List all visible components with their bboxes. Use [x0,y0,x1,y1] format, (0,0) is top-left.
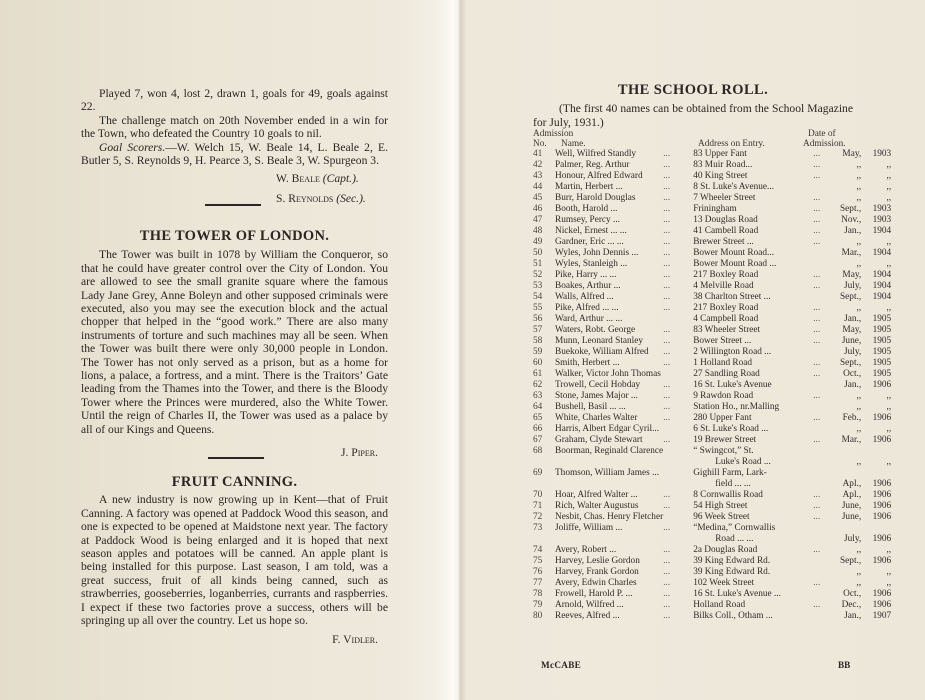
admission-month: ,, [835,545,861,556]
leader-dots: ... [663,160,693,171]
leader-dots: ... [813,501,835,512]
address: 54 High Street [693,501,813,512]
admission-year: 1903 [861,215,891,226]
admission-month: Apl., [835,468,861,490]
fruit-article: FRUIT CANNING. A new industry is now gro… [81,476,388,647]
address: Bower Mount Road... [693,248,813,259]
admission-month: ,, [835,567,861,578]
admission-number: 74 [533,545,555,556]
table-row: 56Ward, Arthur ... ...4 Campbell Road...… [533,314,891,325]
leader-dots [813,523,835,545]
admission-month: Sept., [835,204,861,215]
leader-dots: ... [663,402,693,413]
tower-body: The Tower was built in 1078 by William t… [81,248,388,436]
admission-year: 1905 [861,336,891,347]
address: 217 Boxley Road [693,270,813,281]
leader-dots [813,424,835,435]
leader-dots [663,512,693,523]
pupil-name: Palmer, Reg. Arthur [555,160,663,171]
leader-dots: ... [663,358,693,369]
table-row: 54Walls, Alfred ......38 Charlton Street… [533,292,891,303]
leader-dots: ... [813,325,835,336]
pupil-name: Wyles, Stanleigh ... [555,259,663,270]
leader-dots: ... [663,270,693,281]
address: 39 King Edward Rd. [693,567,813,578]
admission-number: 80 [533,611,555,622]
admission-month: June, [835,501,861,512]
leader-dots: ... [813,391,835,402]
pupil-name: Arnold, Wilfred ... [555,600,663,611]
leader-dots: ... [813,149,835,160]
admission-number: 64 [533,402,555,413]
leader-dots [813,567,835,578]
admission-month: Oct., [835,589,861,600]
admission-year: ,, [861,237,891,248]
address: 83 Upper Fant [693,149,813,160]
football-report: Played 7, won 4, lost 2, drawn 1, goals … [81,87,388,209]
pupil-name: Avery, Robert ... [555,545,663,556]
admission-year: 1904 [861,281,891,292]
leader-dots: ... [663,292,693,303]
admission-year: ,, [861,259,891,270]
pupil-name: Harris, Albert Edgar Cyril... [555,424,663,435]
table-row: 63Stone, James Major ......9 Rawdon Road… [533,391,891,402]
leader-dots [813,402,835,413]
address: 41 Cambell Road [693,226,813,237]
admission-number: 57 [533,325,555,336]
admission-number: 65 [533,413,555,424]
admission-number: 58 [533,336,555,347]
admission-year: 1907 [861,611,891,622]
address: 27 Sandling Road [693,369,813,380]
admission-month: ,, [835,237,861,248]
leader-dots: ... [663,578,693,589]
admission-number: 52 [533,270,555,281]
admission-month: ,, [835,391,861,402]
leader-dots [813,248,835,259]
address: Bower Mount Road ... [693,259,813,270]
table-row: 60Smith, Herbert ......1 Holland Road...… [533,358,891,369]
section-divider [205,204,261,206]
pupil-name: Munn, Leonard Stanley [555,336,663,347]
table-row: 49Gardner, Eric ... ......Brewer Street … [533,237,891,248]
admission-number: 66 [533,424,555,435]
leader-dots: ... [813,490,835,501]
admission-year: 1903 [861,204,891,215]
pupil-name: Burr, Harold Douglas [555,193,663,204]
admission-number: 54 [533,292,555,303]
admission-year: 1906 [861,600,891,611]
leader-dots: ... [663,237,693,248]
admission-number: 75 [533,556,555,567]
admission-month: ,, [835,171,861,182]
tower-title: THE TOWER OF LONDON. [81,230,388,243]
leader-dots: ... [663,490,693,501]
admission-number: 42 [533,160,555,171]
table-row: 71Rich, Walter Augustus...54 High Street… [533,501,891,512]
address: 13 Douglas Road [693,215,813,226]
address: “ Swingcot,” St.Luke's Road ... [693,446,813,468]
header-date-top: Date of [808,129,836,140]
leader-dots: ... [663,193,693,204]
admission-number: 76 [533,567,555,578]
admission-year: 1906 [861,512,891,523]
leader-dots: ... [663,589,693,600]
leader-dots: ... [663,556,693,567]
address: 8 St. Luke's Avenue... [693,182,813,193]
leader-dots: ... [663,545,693,556]
admission-year: 1906 [861,490,891,501]
scorers-label: Goal Scorers. [99,141,165,154]
admission-number: 79 [533,600,555,611]
admission-number: 61 [533,369,555,380]
table-row: 68Boorman, Reginald Clarence“ Swingcot,”… [533,446,891,468]
leader-dots [813,259,835,270]
leader-dots: ... [663,182,693,193]
admission-month: June, [835,512,861,523]
address: “Medina,” CornwallisRoad ... ... [693,523,813,545]
admission-year: 1904 [861,292,891,303]
leader-dots: ... [663,567,693,578]
address: 39 King Edward Rd. [693,556,813,567]
leader-dots: ... [813,512,835,523]
admission-year: 1905 [861,314,891,325]
admission-month: June, [835,336,861,347]
tower-article: THE TOWER OF LONDON. The Tower was built… [81,230,388,460]
admission-year: 1906 [861,556,891,567]
fruit-body: A new industry is now growing up in Kent… [81,493,388,627]
admission-number: 44 [533,182,555,193]
pupil-name: Reeves, Alfred ... [555,611,663,622]
admission-year: ,, [861,578,891,589]
admission-year: 1904 [861,226,891,237]
admission-number: 48 [533,226,555,237]
admission-number: 49 [533,237,555,248]
leader-dots: ... [663,413,693,424]
admission-month: Sept., [835,556,861,567]
leader-dots: ... [663,380,693,391]
admission-year: 1906 [861,523,891,545]
leader-dots: ... [663,204,693,215]
table-row: 73Joliffe, William ......“Medina,” Cornw… [533,523,891,545]
address: 4 Campbell Road [693,314,813,325]
table-row: 59Buekoke, William Alfred...2 Willington… [533,347,891,358]
admission-number: 71 [533,501,555,512]
table-row: 61Walker, Victor John Thomas27 Sandling … [533,369,891,380]
header-date-bottom: Admission. [803,139,846,150]
pupil-name: Honour, Alfred Edward [555,171,663,182]
signature-captain: W. Beale (Capt.). [276,169,388,189]
pupil-name: Pike, Harry ... ... [555,270,663,281]
admission-month: ,, [835,446,861,468]
admission-month: Dec., [835,600,861,611]
table-row: 52Pike, Harry ... ......217 Boxley Road.… [533,270,891,281]
admission-number: 47 [533,215,555,226]
roll-intro: (The first 40 names can be obtained from… [533,102,853,129]
address: 280 Upper Fant [693,413,813,424]
admission-month: July, [835,347,861,358]
admission-year: ,, [861,545,891,556]
pupil-name: Smith, Herbert ... [555,358,663,369]
pupil-name: White, Charles Walter [555,413,663,424]
leader-dots [813,589,835,600]
admission-number: 50 [533,248,555,259]
leader-dots: ... [813,204,835,215]
admission-number: 55 [533,303,555,314]
leader-dots [663,369,693,380]
leader-dots: ... [663,336,693,347]
address: 6 St. Luke's Road ... [693,424,813,435]
leader-dots [813,611,835,622]
address: 4 Melville Road [693,281,813,292]
leader-dots: ... [663,248,693,259]
admission-year: ,, [861,171,891,182]
leader-dots: ... [813,336,835,347]
leader-dots: ... [813,171,835,182]
leader-dots [813,446,835,468]
admission-year: ,, [861,424,891,435]
admission-year: ,, [861,303,891,314]
admission-number: 43 [533,171,555,182]
leader-dots: ... [663,347,693,358]
admission-year: 1906 [861,501,891,512]
admission-year: ,, [861,182,891,193]
admission-year: 1905 [861,347,891,358]
admission-month: Sept., [835,292,861,303]
leader-dots: ... [663,523,693,545]
address: 96 Week Street [693,512,813,523]
pupil-name: Trowell, Cecil Hobday [555,380,663,391]
table-row: 46Booth, Harold ......Friningham...Sept.… [533,204,891,215]
table-row: 55Pike, Alfred ... ......217 Boxley Road… [533,303,891,314]
section-divider [208,457,264,459]
leader-dots: ... [813,215,835,226]
admission-month: ,, [835,160,861,171]
admission-month: May, [835,270,861,281]
leader-dots: ... [813,270,835,281]
pupil-name: Bushell, Basil ... ... [555,402,663,413]
leader-dots: ... [663,435,693,446]
admission-month: ,, [835,182,861,193]
admission-number: 60 [533,358,555,369]
signature-secretary: S. Reynolds (Sec.). [276,189,388,209]
leader-dots: ... [813,413,835,424]
leader-dots: ... [663,325,693,336]
leader-dots: ... [813,314,835,325]
leader-dots: ... [663,226,693,237]
table-row: 44Martin, Herbert ......8 St. Luke's Ave… [533,182,891,193]
leader-dots: ... [663,303,693,314]
admission-number: 72 [533,512,555,523]
leader-dots [813,292,835,303]
admission-year: 1905 [861,325,891,336]
leader-dots: ... [663,259,693,270]
admission-number: 46 [533,204,555,215]
admission-month: Oct., [835,369,861,380]
pupil-name: Well, Wilfred Standly [555,149,663,160]
admission-month: ,, [835,424,861,435]
pupil-name: Rich, Walter Augustus [555,501,663,512]
pupil-name: Harvey, Leslie Gordon [555,556,663,567]
admission-month: Jan., [835,611,861,622]
header-name: Name. [561,139,586,150]
address: 217 Boxley Road [693,303,813,314]
pupil-name: Gardner, Eric ... ... [555,237,663,248]
admission-number: 62 [533,380,555,391]
fruit-title: FRUIT CANNING. [81,476,388,489]
admission-year: 1906 [861,413,891,424]
leader-dots: ... [813,160,835,171]
leader-dots: ... [663,600,693,611]
pupil-name: Stone, James Major ... [555,391,663,402]
admission-month: May, [835,149,861,160]
pupil-name: Nickel, Ernest ... ... [555,226,663,237]
leader-dots [813,182,835,193]
admission-year: ,, [861,391,891,402]
leader-dots: ... [813,358,835,369]
address: 19 Brewer Street [693,435,813,446]
table-row: 62Trowell, Cecil Hobday...16 St. Luke's … [533,380,891,391]
admission-year: ,, [861,446,891,468]
leader-dots [663,468,693,490]
admission-number: 63 [533,391,555,402]
pupil-name: Graham, Clyde Stewart [555,435,663,446]
admission-month: Mar., [835,248,861,259]
admission-number: 69 [533,468,555,490]
address: 8 Cornwallis Road [693,490,813,501]
pupil-name: Boorman, Reginald Clarence [555,446,663,468]
pupil-name: Hoar, Alfred Walter ... [555,490,663,501]
admission-year: 1906 [861,435,891,446]
pupil-name: Martin, Herbert ... [555,182,663,193]
admission-year: 1905 [861,358,891,369]
address: Holland Road [693,600,813,611]
table-row: 41Well, Wilfred Standly...83 Upper Fant.… [533,149,891,160]
address: 38 Charlton Street ... [693,292,813,303]
table-row: 66Harris, Albert Edgar Cyril...6 St. Luk… [533,424,891,435]
address: Bower Street ... [693,336,813,347]
leader-dots [663,314,693,325]
leader-dots [813,468,835,490]
admission-year: ,, [861,160,891,171]
pupil-name: Walker, Victor John Thomas [555,369,663,380]
pupil-name: Boakes, Arthur ... [555,281,663,292]
address: Station Ho., nr.Malling [693,402,813,413]
pupil-name: Booth, Harold ... [555,204,663,215]
admission-number: 67 [533,435,555,446]
admission-year: ,, [861,402,891,413]
table-row: 42Palmer, Reg. Arthur...83 Muir Road....… [533,160,891,171]
admission-month: Jan., [835,314,861,325]
pupil-name: Frowell, Harold P. ... [555,589,663,600]
pupil-name: Pike, Alfred ... ... [555,303,663,314]
leader-dots: ... [813,545,835,556]
table-row: 78Frowell, Harold P. ......16 St. Luke's… [533,589,891,600]
pupil-name: Nesbit, Chas. Henry Fletcher [555,512,663,523]
address: 2a Douglas Road [693,545,813,556]
admission-month: Apl., [835,490,861,501]
admission-year: 1905 [861,369,891,380]
table-row: 72Nesbit, Chas. Henry Fletcher96 Week St… [533,512,891,523]
admission-number: 77 [533,578,555,589]
table-row: 70Hoar, Alfred Walter ......8 Cornwallis… [533,490,891,501]
leader-dots: ... [813,237,835,248]
scorers-paragraph: Goal Scorers.—W. Welch 15, W. Beale 14, … [81,141,388,168]
admission-number: 56 [533,314,555,325]
address: Bilks Coll., Otham ... [693,611,813,622]
leader-dots [663,424,693,435]
pupil-name: Avery, Edwin Charles [555,578,663,589]
leader-dots: ... [663,171,693,182]
admission-year: ,, [861,193,891,204]
address: 83 Wheeler Street [693,325,813,336]
leader-dots [813,347,835,358]
leader-dots: ... [663,611,693,622]
table-row: 74Avery, Robert ......2a Douglas Road...… [533,545,891,556]
results-paragraph: Played 7, won 4, lost 2, drawn 1, goals … [81,87,388,114]
admission-year: 1903 [861,149,891,160]
leader-dots: ... [813,435,835,446]
address: Brewer Street ... [693,237,813,248]
leader-dots: ... [813,303,835,314]
admission-month: ,, [835,303,861,314]
admission-month: ,, [835,259,861,270]
address: 40 King Street [693,171,813,182]
header-no: No. [533,139,547,150]
book-gutter [452,0,466,700]
header-address: Address on Entry. [698,139,765,150]
table-row: 80Reeves, Alfred ......Bilks Coll., Otha… [533,611,891,622]
footer-printer: McCABE [541,660,581,670]
table-row: 45Burr, Harold Douglas...7 Wheeler Stree… [533,193,891,204]
table-row: 67Graham, Clyde Stewart...19 Brewer Stre… [533,435,891,446]
pupil-name: Harvey, Frank Gordon [555,567,663,578]
leader-dots: ... [663,281,693,292]
admission-month: Jan., [835,380,861,391]
header-admission: Admission [533,129,573,140]
challenge-paragraph: The challenge match on 20th November end… [81,114,388,141]
admission-number: 78 [533,589,555,600]
leader-dots: ... [663,501,693,512]
admission-number: 59 [533,347,555,358]
address: 16 St. Luke's Avenue ... [693,589,813,600]
admission-month: July, [835,523,861,545]
leader-dots: ... [663,391,693,402]
table-row: 48Nickel, Ernest ... ......41 Cambell Ro… [533,226,891,237]
admission-year: 1906 [861,380,891,391]
table-row: 79Arnold, Wilfred ......Holland Road...D… [533,600,891,611]
footer-signature-mark: BB [838,660,850,670]
table-row: 50Wyles, John Dennis ......Bower Mount R… [533,248,891,259]
address: Friningham [693,204,813,215]
table-row: 76Harvey, Frank Gordon...39 King Edward … [533,567,891,578]
admission-month: Jan., [835,226,861,237]
leader-dots: ... [813,369,835,380]
leader-dots: ... [813,578,835,589]
leader-dots: ... [663,215,693,226]
pupil-name: Ward, Arthur ... ... [555,314,663,325]
admission-number: 68 [533,446,555,468]
table-row: 75Harvey, Leslie Gordon...39 King Edward… [533,556,891,567]
admission-month: Feb., [835,413,861,424]
admission-month: ,, [835,578,861,589]
pupil-name: Thomson, William James ... [555,468,663,490]
admission-number: 41 [533,149,555,160]
admission-year: 1906 [861,468,891,490]
pupil-name: Wyles, John Dennis ... [555,248,663,259]
table-row: 65White, Charles Walter...280 Upper Fant… [533,413,891,424]
admission-year: 1904 [861,270,891,281]
